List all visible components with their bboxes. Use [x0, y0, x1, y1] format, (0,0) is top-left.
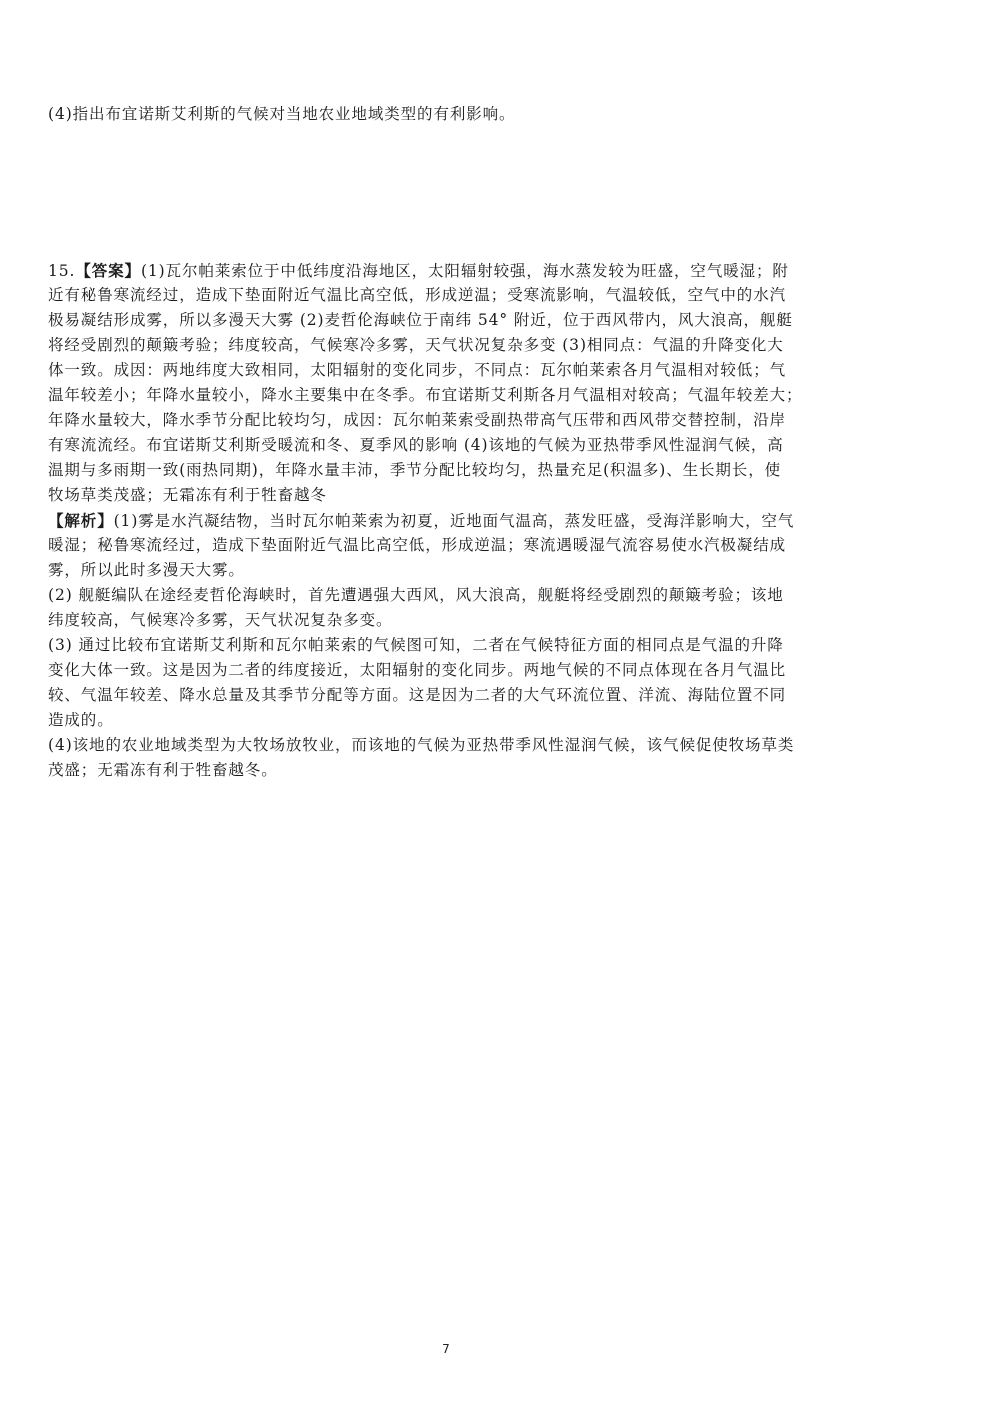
answer-line-1: 15.【答案】(1)瓦尔帕莱索位于中低纬度沿海地区，太阳辐射较强，海水蒸发较为旺…	[48, 258, 848, 283]
question-number: 15.	[48, 262, 75, 280]
answer-label: 【答案】	[75, 261, 141, 280]
question-4-text: (4)指出布宜诺斯艾利斯的气候对当地农业地域类型的有利影响。	[48, 102, 515, 126]
analysis-line: 较、气温年较差、降水总量及其季节分配等方面。这是因为二者的大气环流位置、洋流、海…	[48, 683, 848, 708]
answer-line: 温期与多雨期一致(雨热同期)，年降水量丰沛，季节分配比较均匀，热量充足(积温多)…	[48, 458, 848, 483]
analysis-line: (3) 通过比较布宜诺斯艾利斯和瓦尔帕莱索的气候图可知，二者在气候特征方面的相同…	[48, 633, 848, 658]
answer-line: 将经受剧烈的颠簸考验；纬度较高，气候寒冷多雾，天气状况复杂多变 (3)相同点：气…	[48, 333, 848, 358]
answer-line: 温年较差小；年降水量较小，降水主要集中在冬季。布宜诺斯艾利斯各月气温相对较高；气…	[48, 383, 848, 408]
analysis-label: 【解析】	[48, 511, 114, 530]
answer-line: 近有秘鲁寒流经过，造成下垫面附近气温比高空低，形成逆温；受寒流影响，气温较低，空…	[48, 283, 848, 308]
answer-line: 年降水量较大，降水季节分配比较均匀，成因：瓦尔帕莱索受副热带高气压带和西风带交替…	[48, 408, 848, 433]
answer-line: 极易凝结形成雾，所以多漫天大雾 (2)麦哲伦海峡位于南纬 54° 附近，位于西风…	[48, 308, 848, 333]
analysis-line-1: 【解析】(1)雾是水汽凝结物，当时瓦尔帕莱索为初夏，近地面气温高，蒸发旺盛，受海…	[48, 508, 848, 533]
analysis-text: (1)雾是水汽凝结物，当时瓦尔帕莱索为初夏，近地面气温高，蒸发旺盛，受海洋影响大…	[114, 512, 795, 530]
answer-text: (1)瓦尔帕莱索位于中低纬度沿海地区，太阳辐射较强，海水蒸发较为旺盛，空气暖湿；…	[141, 262, 789, 280]
document-page: (4)指出布宜诺斯艾利斯的气候对当地农业地域类型的有利影响。 15.【答案】(1…	[0, 0, 992, 1403]
analysis-line: 变化大体一致。这是因为二者的纬度接近，太阳辐射的变化同步。两地气候的不同点体现在…	[48, 658, 848, 683]
answer-line: 牧场草类茂盛；无霜冻有利于牲畜越冬	[48, 483, 848, 508]
answer-line: 体一致。成因：两地纬度大致相同，太阳辐射的变化同步，不同点：瓦尔帕莱索各月气温相…	[48, 358, 848, 383]
analysis-line: 纬度较高，气候寒冷多雾，天气状况复杂多变。	[48, 608, 848, 633]
answer-line: 有寒流流经。布宜诺斯艾利斯受暖流和冬、夏季风的影响 (4)该地的气候为亚热带季风…	[48, 433, 848, 458]
analysis-line: 造成的。	[48, 708, 848, 733]
analysis-line: (2) 舰艇编队在途经麦哲伦海峡时，首先遭遇强大西风，风大浪高，舰艇将经受剧烈的…	[48, 583, 848, 608]
answer-section: 15.【答案】(1)瓦尔帕莱索位于中低纬度沿海地区，太阳辐射较强，海水蒸发较为旺…	[48, 258, 848, 783]
analysis-line: 暖湿；秘鲁寒流经过，造成下垫面附近气温比高空低，形成逆温；寒流遇暖湿气流容易使水…	[48, 533, 848, 558]
analysis-line: (4)该地的农业地域类型为大牧场放牧业，而该地的气候为亚热带季风性湿润气候，该气…	[48, 733, 848, 758]
analysis-line: 雾，所以此时多漫天大雾。	[48, 558, 848, 583]
analysis-line: 茂盛；无霜冻有利于牲畜越冬。	[48, 758, 848, 783]
page-number: 7	[0, 1342, 892, 1356]
